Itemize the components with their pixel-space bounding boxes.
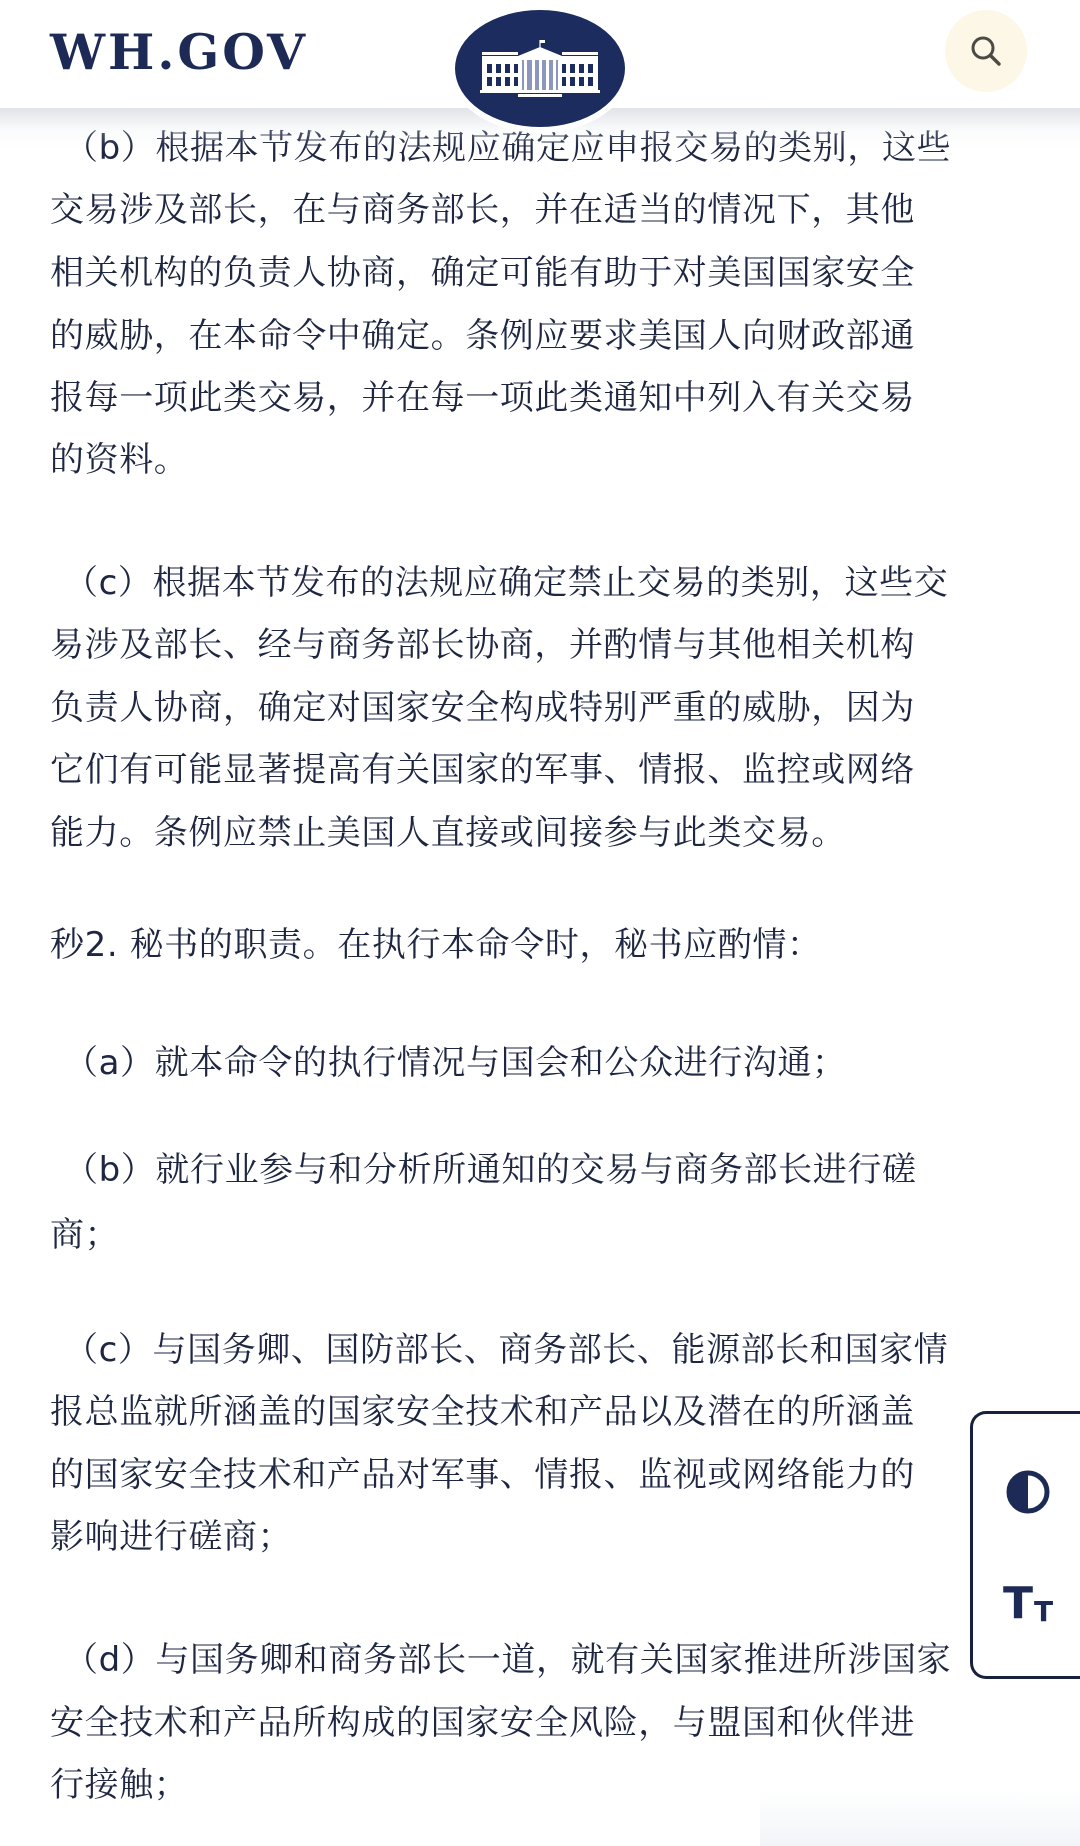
contrast-toggle-button[interactable] (973, 1442, 1080, 1542)
text-line: （c）根据本节发布的法规应确定禁止交易的类别，这些交 (64, 561, 948, 605)
text-line: （b）就行业参与和分析所通知的交易与商务部长进行磋 (64, 1148, 917, 1192)
text-line: 报每一项此类交易，并在每一项此类通知中列入有关交易 (50, 376, 915, 420)
text-line: （b）根据本节发布的法规应确定应申报交易的类别，这些 (64, 126, 951, 170)
text-line: 影响进行磋商； (50, 1515, 292, 1559)
bottom-fade (760, 1790, 1080, 1846)
text-line: 报总监就所涵盖的国家安全技术和产品以及潜在的所涵盖 (50, 1390, 915, 1434)
search-button[interactable] (945, 10, 1027, 92)
text-size-icon: TT (1003, 1582, 1053, 1626)
text-line: 相关机构的负责人协商，确定可能有助于对美国国家安全 (50, 251, 915, 295)
text-line: （c）与国务卿、国防部长、商务部长、能源部长和国家情 (64, 1328, 948, 1372)
text-line: 行接触； (50, 1763, 188, 1807)
text-line: 的威胁，在本命令中确定。条例应要求美国人向财政部通 (50, 314, 915, 358)
text-line: 的资料。 (50, 438, 188, 482)
text-line: 安全技术和产品所构成的国家安全风险，与盟国和伙伴进 (50, 1701, 915, 1745)
text-line: （a）就本命令的执行情况与国会和公众进行沟通； (64, 1041, 847, 1085)
text-line: 秒2. 秘书的职责。在执行本命令时，秘书应酌情： (50, 923, 822, 967)
text-line: 它们有可能显著提高有关国家的军事、情报、监控或网络 (50, 748, 915, 792)
text-line: 易涉及部长、经与商务部长协商，并酌情与其他相关机构 (50, 623, 915, 667)
accessibility-panel: TT (970, 1411, 1080, 1679)
text-line: 的国家安全技术和产品对军事、情报、监视或网络能力的 (50, 1453, 915, 1497)
text-line: 商； (50, 1213, 119, 1257)
contrast-icon (1004, 1468, 1052, 1516)
text-line: 负责人协商，确定对国家安全构成特别严重的威胁，因为 (50, 686, 915, 730)
search-icon (969, 34, 1003, 68)
white-house-building-icon (478, 38, 602, 100)
white-house-logo[interactable] (455, 10, 625, 127)
site-wordmark[interactable]: WH.GOV (50, 22, 308, 82)
text-line: 能力。条例应禁止美国人直接或间接参与此类交易。 (50, 811, 846, 855)
text-size-button[interactable]: TT (973, 1554, 1080, 1654)
text-line: 交易涉及部长，在与商务部长，并在适当的情况下，其他 (50, 188, 915, 232)
text-line: （d）与国务卿和商务部长一道，就有关国家推进所涉国家 (64, 1638, 951, 1682)
